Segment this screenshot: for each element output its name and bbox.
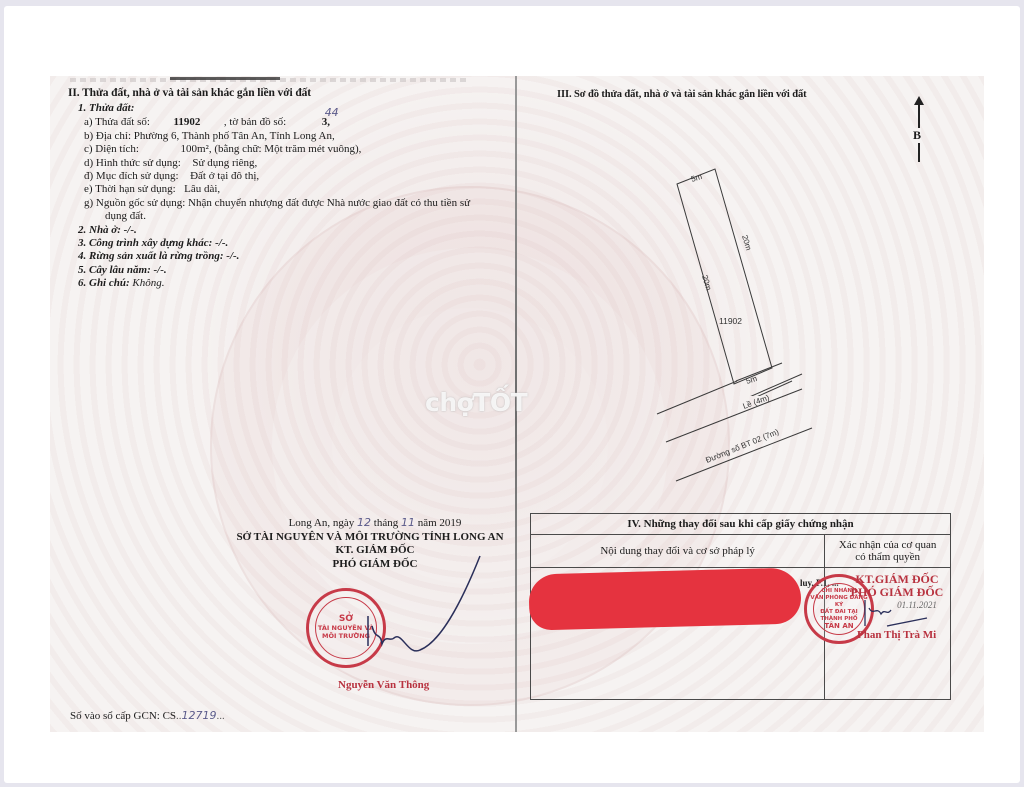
house-value: -/-.: [124, 224, 137, 236]
left-edge-label: 20m: [700, 274, 713, 292]
planted-forest-value: -/-.: [226, 250, 239, 262]
chotot-watermark: chợTỐT: [425, 388, 527, 417]
north-label: B: [913, 128, 921, 143]
perennial-trees-label: 5. Cây lâu năm:: [78, 264, 151, 276]
parcel-number-row: a) Thửa đất số: 11902 , tờ bản đồ số: 3,…: [72, 115, 470, 129]
confirmation-signature-block: KT.GIÁM ĐỐC PHÓ GIÁM ĐỐC 01.11.2021: [842, 573, 952, 612]
changes-col-content-header: Nội dung thay đổi và cơ sở pháp lý: [531, 535, 825, 568]
registry-value: 12719: [182, 709, 217, 722]
planted-forest-label: 4. Rừng sản xuất là rừng trồng:: [78, 250, 224, 262]
planted-forest-row: 4. Rừng sản xuất là rừng trồng: -/-.: [72, 250, 470, 263]
right-page: III. Sơ đồ thửa đất, nhà ở và tài sản kh…: [517, 76, 984, 732]
certificate-scan: II. Thửa đất, nhà ở và tài sản khác gắn …: [50, 76, 984, 732]
parcel-heading: 1. Thửa đất:: [72, 102, 470, 115]
issuing-organization: SỞ TÀI NGUYÊN VÀ MÔI TRƯỜNG TỈNH LONG AN: [230, 531, 510, 545]
parcel-id-label: 11902: [719, 316, 742, 326]
parcel-diagram-overlay: 5m 5m 20m 20m 11902 Lề (4m) Đường số BT …: [662, 166, 812, 396]
usage-term-row: e) Thời hạn sử dụng: Lâu dài,: [72, 183, 470, 196]
other-construction-row: 3. Công trình xây dựng khác: -/-.: [72, 237, 470, 250]
north-arrow: B: [909, 88, 929, 163]
issue-year: năm 2019: [418, 517, 462, 529]
perennial-trees-value: -/-.: [153, 264, 166, 276]
house-label: 2. Nhà ở:: [78, 224, 121, 236]
confirm-header-line-2: có thẩm quyền: [825, 551, 950, 563]
usage-purpose-row: đ) Mục đích sử dụng: Đất ở tại đô thị,: [72, 170, 470, 183]
origin-value-line2: dụng đất.: [105, 210, 146, 222]
address-label: b) Địa chỉ:: [84, 130, 131, 142]
area-row: c) Diện tích: 100m², (bằng chữ: Một trăm…: [72, 143, 470, 156]
map-sheet-handwritten: 44: [325, 106, 339, 119]
sidewalk-label: Lề (4m): [742, 393, 771, 411]
origin-label: g) Nguồn gốc sử dụng:: [84, 197, 185, 209]
origin-row-cont: dụng đất.: [72, 210, 470, 223]
other-construction-label: 3. Công trình xây dựng khác:: [78, 237, 212, 249]
month-label: tháng: [374, 517, 398, 529]
address-row: b) Địa chỉ: Phường 6, Thành phố Tân An, …: [72, 130, 470, 143]
bottom-edge-label: 5m: [745, 374, 759, 386]
section-ii-title: II. Thửa đất, nhà ở và tài sản khác gắn …: [68, 87, 311, 99]
usage-purpose-value: Đất ở tại đô thị,: [190, 170, 259, 182]
redaction-mark: [528, 567, 801, 630]
changes-table-title: IV. Những thay đổi sau khi cấp giấy chứn…: [531, 514, 951, 535]
issuer-signer-name: Nguyễn Văn Thông: [338, 679, 429, 691]
notes-label: 6. Ghi chú:: [78, 277, 130, 289]
right-edge-label: 20m: [740, 234, 753, 252]
confirm-header-line-1: Xác nhận của cơ quan: [825, 539, 950, 551]
usage-term-value: Lâu dài,: [184, 183, 220, 195]
changes-col-confirm-header: Xác nhận của cơ quan có thẩm quyền: [825, 535, 951, 568]
parcel-number-value: 11902: [173, 116, 200, 128]
section-iii-title: III. Sơ đồ thửa đất, nhà ở và tài sản kh…: [557, 89, 807, 100]
top-edge-label: 5m: [690, 172, 704, 184]
usage-term-label: e) Thời hạn sử dụng:: [84, 183, 176, 195]
road-label: Đường số BT 02 (7m): [704, 427, 780, 465]
other-construction-value: -/-.: [215, 237, 228, 249]
origin-value-line1: Nhận chuyển nhượng đất được Nhà nước gia…: [188, 197, 470, 209]
registry-number: Số vào sổ cấp GCN: CS..12719...: [70, 709, 225, 722]
registry-label: Số vào sổ cấp GCN: CS: [70, 710, 176, 722]
confirm-signer-name: Phan Thị Trà Mi: [857, 629, 936, 641]
map-sheet-label: , tờ bản đồ số:: [224, 116, 286, 128]
usage-form-label: d) Hình thức sử dụng:: [84, 157, 181, 169]
stamp2-line-5: TÂN AN: [824, 623, 853, 630]
issue-month: 11: [401, 516, 415, 529]
house-row: 2. Nhà ở: -/-.: [72, 224, 470, 237]
confirm-date: 01.11.2021: [882, 599, 952, 612]
usage-purpose-label: đ) Mục đích sử dụng:: [84, 170, 179, 182]
address-value: Phường 6, Thành phố Tân An, Tỉnh Long An…: [134, 130, 335, 142]
notes-row: 6. Ghi chú: Không.: [72, 277, 470, 290]
area-label: c) Diện tích:: [84, 143, 139, 155]
image-frame: II. Thửa đất, nhà ở và tài sản khác gắn …: [4, 6, 1020, 783]
place-date: Long An, ngày 12 tháng 11 năm 2019: [240, 516, 510, 531]
usage-form-value: Sử dụng riêng,: [192, 157, 257, 169]
perennial-trees-row: 5. Cây lâu năm: -/-.: [72, 264, 470, 277]
confirm-role-2: PHÓ GIÁM ĐỐC: [842, 586, 952, 599]
area-value: 100m², (bằng chữ: Một trăm mét vuông),: [180, 143, 361, 155]
issue-day: 12: [357, 516, 371, 529]
notes-value: Không.: [132, 277, 164, 289]
stamp2-line-4: THÀNH PHỐ: [820, 616, 857, 623]
place-date-prefix: Long An, ngày: [289, 517, 355, 529]
parcel-details: 1. Thửa đất: a) Thửa đất số: 11902 , tờ …: [72, 102, 470, 291]
issuer-signature: [350, 546, 510, 666]
origin-row: g) Nguồn gốc sử dụng: Nhận chuyển nhượng…: [72, 197, 470, 210]
usage-form-row: d) Hình thức sử dụng: Sử dụng riêng,: [72, 157, 470, 170]
parcel-number-label: a) Thửa đất số:: [84, 116, 150, 128]
